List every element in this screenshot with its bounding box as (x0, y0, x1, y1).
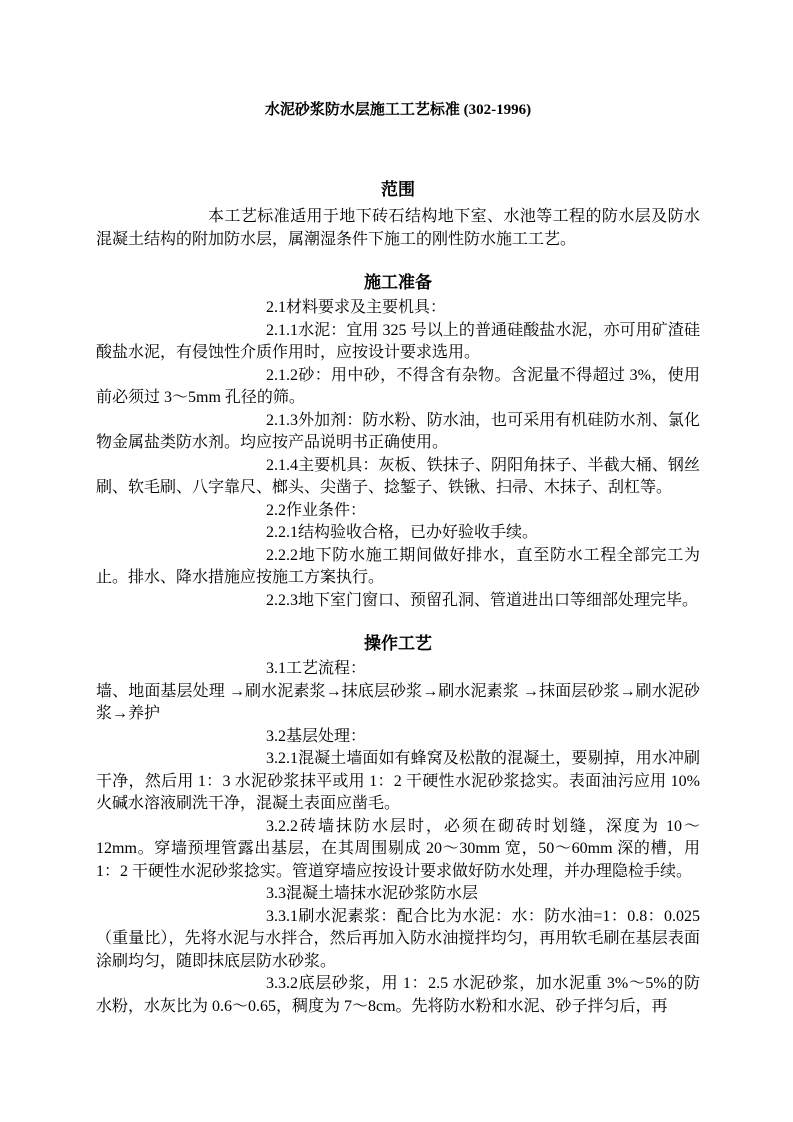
clause-3-2-2: 3.2.2砖墙抹防水层时，必须在砌砖时划缝，深度为 10～12mm。穿墙预埋管露… (96, 816, 700, 884)
clause-text: 工艺流程： (286, 660, 366, 677)
clause-number: 3.1 (181, 658, 286, 681)
document-title: 水泥砂浆防水层施工工艺标准 (302-1996) (96, 100, 700, 120)
clause-number: 3.2.1 (181, 748, 298, 771)
clause-number: 2.2 (181, 500, 286, 523)
section-preparation: 施工准备 2.1材料要求及主要机具： 2.1.1水泥：宜用 325 号以上的普通… (96, 271, 700, 612)
clause-2-2-2: 2.2.2地下防水施工期间做好排水，直至防水工程全部完工为止。排水、降水措施应按… (96, 545, 700, 590)
clause-text: 材料要求及主要机具： (286, 299, 446, 316)
clause-2-1-1: 2.1.1水泥：宜用 325 号以上的普通硅酸盐水泥，亦可用矿渣硅酸盐水泥，有侵… (96, 320, 700, 365)
clause-number: 3.2 (181, 726, 286, 749)
clause-number: 2.1.3 (181, 410, 298, 433)
clause-number: 3.2.2 (181, 816, 298, 839)
clause-2-1: 2.1材料要求及主要机具： (96, 297, 700, 320)
clause-number: 2.2.3 (181, 590, 298, 613)
scope-paragraph: 本工艺标准适用于地下砖石结构地下室、水池等工程的防水层及防水混凝土结构的附加防水… (96, 206, 700, 251)
section-heading-preparation: 施工准备 (96, 271, 700, 295)
clause-3-3-2: 3.3.2底层砂浆，用 1：2.5 水泥砂浆，加水泥重 3%～5%的防水粉，水灰… (96, 973, 700, 1018)
section-heading-scope: 范围 (96, 178, 700, 202)
clause-text: 作业条件： (286, 502, 366, 519)
clause-2-2-1: 2.2.1结构验收合格，已办好验收手续。 (96, 522, 700, 545)
section-operation: 操作工艺 3.1工艺流程： 墙、地面基层处理 →刷水泥素浆→抹底层砂浆→刷水泥素… (96, 632, 700, 1018)
clause-3-3-1: 3.3.1刷水泥素浆：配合比为水泥：水：防水油=1：0.8：0.025（重量比）… (96, 906, 700, 974)
clause-3-3: 3.3混凝土墙抹水泥砂浆防水层 (96, 883, 700, 906)
clause-2-1-4: 2.1.4主要机具：灰板、铁抹子、阴阳角抹子、半截大桶、钢丝刷、软毛刷、八字靠尺… (96, 455, 700, 500)
clause-2-1-3: 2.1.3外加剂：防水粉、防水油，也可采用有机硅防水剂、氯化物金属盐类防水剂。均… (96, 410, 700, 455)
clause-number: 2.1.1 (181, 320, 298, 343)
section-scope: 范围 本工艺标准适用于地下砖石结构地下室、水池等工程的防水层及防水混凝土结构的附… (96, 178, 700, 251)
clause-3-1: 3.1工艺流程： (96, 658, 700, 681)
clause-text: 地下室门窗口、预留孔洞、管道进出口等细部处理完毕。 (298, 592, 698, 609)
clause-2-2: 2.2作业条件： (96, 500, 700, 523)
clause-3-2-1: 3.2.1混凝土墙面如有蜂窝及松散的混凝土，要剔掉，用水冲刷干净，然后用 1：3… (96, 748, 700, 816)
clause-number: 3.3 (181, 883, 286, 906)
clause-number: 2.2.1 (181, 522, 298, 545)
clause-text: 基层处理： (286, 728, 366, 745)
clause-number: 2.1.4 (181, 455, 298, 478)
document-page: 水泥砂浆防水层施工工艺标准 (302-1996) 范围 本工艺标准适用于地下砖石… (0, 0, 793, 1122)
clause-2-2-3: 2.2.3地下室门窗口、预留孔洞、管道进出口等细部处理完毕。 (96, 590, 700, 613)
clause-3-2: 3.2基层处理： (96, 726, 700, 749)
clause-number: 2.1.2 (181, 365, 298, 388)
clause-number: 2.2.2 (181, 545, 298, 568)
clause-text: 混凝土墙抹水泥砂浆防水层 (286, 885, 478, 902)
clause-text: 结构验收合格，已办好验收手续。 (298, 524, 538, 541)
clause-number: 3.3.1 (181, 906, 298, 929)
section-heading-operation: 操作工艺 (96, 632, 700, 656)
clause-number: 2.1 (181, 297, 286, 320)
clause-2-1-2: 2.1.2砂：用中砂，不得含有杂物。含泥量不得超过 3%，使用前必须过 3～5m… (96, 365, 700, 410)
clause-number: 3.3.2 (181, 973, 298, 996)
process-flow-line: 墙、地面基层处理 →刷水泥素浆→抹底层砂浆→刷水泥素浆 →抹面层砂浆→刷水泥砂浆… (96, 681, 700, 726)
